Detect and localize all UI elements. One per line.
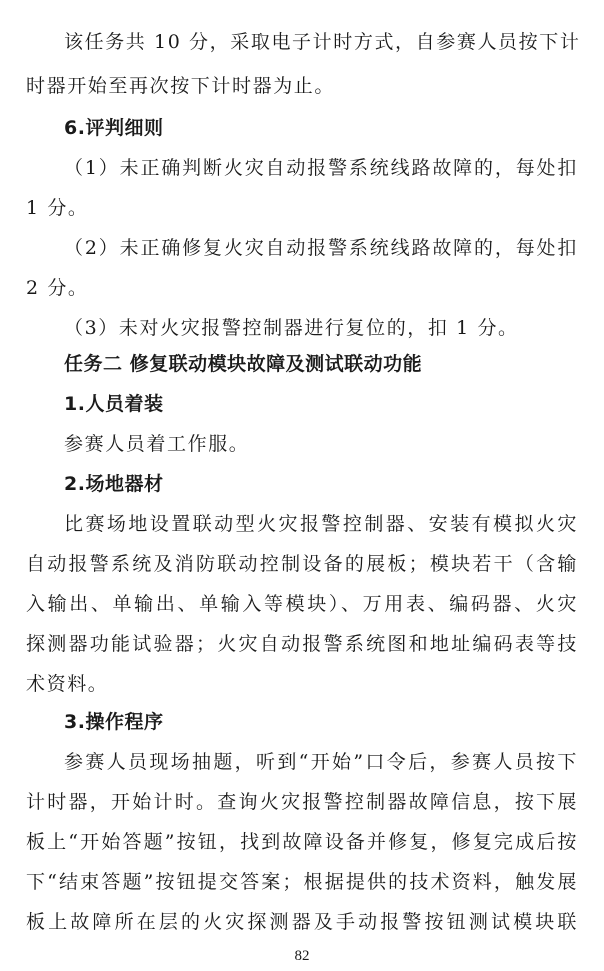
paragraph-line: 2 分。 xyxy=(26,276,578,300)
paragraph-line: 自动报警系统及消防联动控制设备的展板；模块若干（含输 xyxy=(26,552,578,576)
section-heading: 任务二 修复联动模块故障及测试联动功能 xyxy=(64,352,578,376)
paragraph-line: 入输出、单输出、单输入等模块）、万用表、编码器、火灾 xyxy=(26,592,578,616)
paragraph-line: 时器开始至再次按下计时器为止。 xyxy=(26,74,578,98)
paragraph-line: 计时器，开始计时。查询火灾报警控制器故障信息，按下展 xyxy=(26,790,578,814)
paragraph-line: （1）未正确判断火灾自动报警系统线路故障的，每处扣 xyxy=(64,156,578,180)
paragraph-line: 该任务共 10 分，采取电子计时方式，自参赛人员按下计 xyxy=(64,30,578,54)
paragraph-line: 比赛场地设置联动型火灾报警控制器、安装有模拟火灾 xyxy=(64,512,578,536)
paragraph-line: 参赛人员现场抽题，听到“开始”口令后，参赛人员按下 xyxy=(64,750,578,774)
paragraph-line: 1 分。 xyxy=(26,196,578,220)
paragraph-line: 板上故障所在层的火灾探测器及手动报警按钮测试模块联 xyxy=(26,910,578,934)
paragraph-line: （3）未对火灾报警控制器进行复位的，扣 1 分。 xyxy=(64,316,578,340)
section-heading: 1.人员着装 xyxy=(64,392,578,416)
section-heading: 3.操作程序 xyxy=(64,710,578,734)
paragraph-line: 下“结束答题”按钮提交答案；根据提供的技术资料，触发展 xyxy=(26,870,578,894)
paragraph-line: 板上“开始答题”按钮，找到故障设备并修复，修复完成后按 xyxy=(26,830,578,854)
section-heading: 6.评判细则 xyxy=(64,116,578,140)
section-heading: 2.场地器材 xyxy=(64,472,578,496)
paragraph-line: 术资料。 xyxy=(26,672,578,696)
page-number: 82 xyxy=(0,948,604,965)
paragraph-line: 参赛人员着工作服。 xyxy=(64,432,578,456)
paragraph-line: （2）未正确修复火灾自动报警系统线路故障的，每处扣 xyxy=(64,236,578,260)
paragraph-line: 探测器功能试验器；火灾自动报警系统图和地址编码表等技 xyxy=(26,632,578,656)
